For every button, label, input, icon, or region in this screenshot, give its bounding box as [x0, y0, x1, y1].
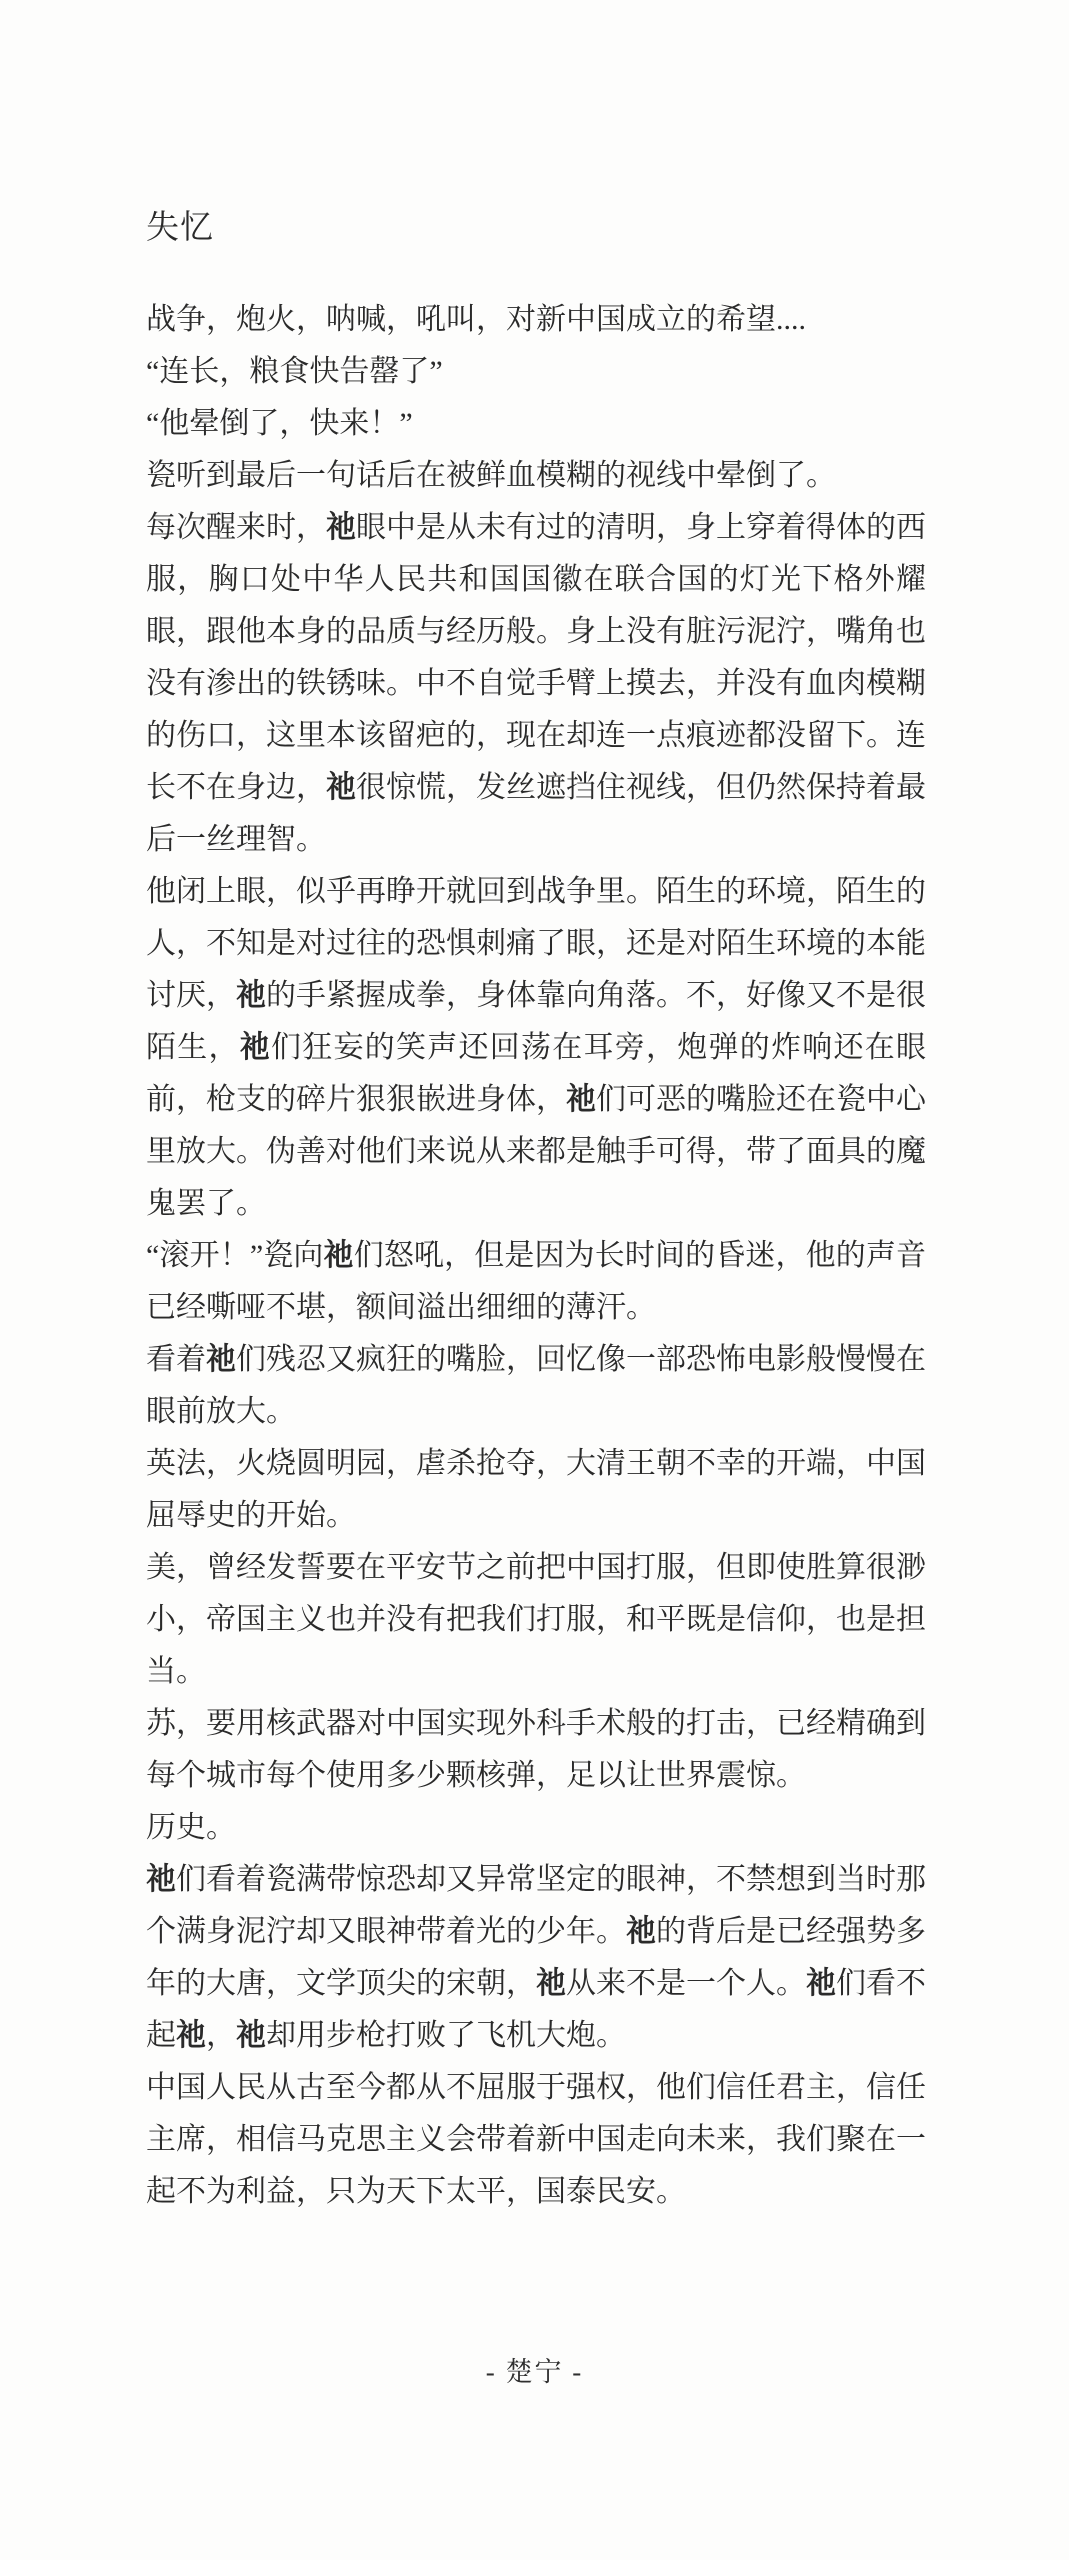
paragraph: 瓷听到最后一句话后在被鲜血模糊的视线中晕倒了。: [146, 450, 926, 502]
document-content: 失忆 战争，炮火，呐喊，吼叫，对新中国成立的希望....“连长，粮食快告罄了”“…: [146, 202, 926, 2218]
paragraph: 中国人民从古至今都从不屈服于强权，他们信任君主，信任主席，相信马克思主义会带着新…: [146, 2062, 926, 2218]
document-title: 失忆: [146, 202, 926, 254]
paragraph: 苏，要用核武器对中国实现外科手术般的打击，已经精确到每个城市每个使用多少颗核弹，…: [146, 1698, 926, 1802]
emphasized-term: 祂: [236, 979, 266, 1012]
paragraph: “连长，粮食快告罄了”: [146, 346, 926, 398]
author-signature: - 楚宁 -: [0, 2352, 1069, 2392]
paragraph: 看着祂们残忍又疯狂的嘴脸，回忆像一部恐怖电影般慢慢在眼前放大。: [146, 1334, 926, 1438]
paragraph: 他闭上眼，似乎再睁开就回到战争里。陌生的环境，陌生的人，不知是对过往的恐惧刺痛了…: [146, 866, 926, 1230]
paragraph: 美，曾经发誓要在平安节之前把中国打服，但即使胜算很渺小，帝国主义也并没有把我们打…: [146, 1542, 926, 1698]
paragraph: 战争，炮火，呐喊，吼叫，对新中国成立的希望....: [146, 294, 926, 346]
paragraph: 英法，火烧圆明园，虐杀抢夺，大清王朝不幸的开端，中国屈辱史的开始。: [146, 1438, 926, 1542]
emphasized-term: 祂: [566, 1083, 596, 1116]
emphasized-term: 祂: [240, 1031, 271, 1064]
emphasized-term: 祂: [626, 1915, 656, 1948]
emphasized-term: 祂: [206, 1343, 236, 1376]
emphasized-term: 祂: [324, 1239, 354, 1272]
paragraph: “滚开！”瓷向祂们怒吼，但是因为长时间的昏迷，他的声音已经嘶哑不堪，额间溢出细细…: [146, 1230, 926, 1334]
emphasized-term: 祂: [326, 771, 356, 804]
emphasized-term: 祂: [536, 1967, 566, 2000]
emphasized-term: 祂: [146, 1863, 176, 1896]
emphasized-term: 祂: [326, 511, 356, 544]
emphasized-term: 祂: [176, 2019, 206, 2052]
document-page: 失忆 战争，炮火，呐喊，吼叫，对新中国成立的希望....“连长，粮食快告罄了”“…: [0, 0, 1069, 2560]
emphasized-term: 祂: [806, 1967, 836, 2000]
emphasized-term: 祂: [236, 2019, 266, 2052]
body-text: 战争，炮火，呐喊，吼叫，对新中国成立的希望....“连长，粮食快告罄了”“他晕倒…: [146, 294, 926, 2218]
paragraph: 祂们看着瓷满带惊恐却又异常坚定的眼神，不禁想到当时那个满身泥泞却又眼神带着光的少…: [146, 1854, 926, 2062]
paragraph: “他晕倒了，快来！”: [146, 398, 926, 450]
paragraph: 每次醒来时，祂眼中是从未有过的清明，身上穿着得体的西服，胸口处中华人民共和国国徽…: [146, 502, 926, 866]
paragraph: 历史。: [146, 1802, 926, 1854]
